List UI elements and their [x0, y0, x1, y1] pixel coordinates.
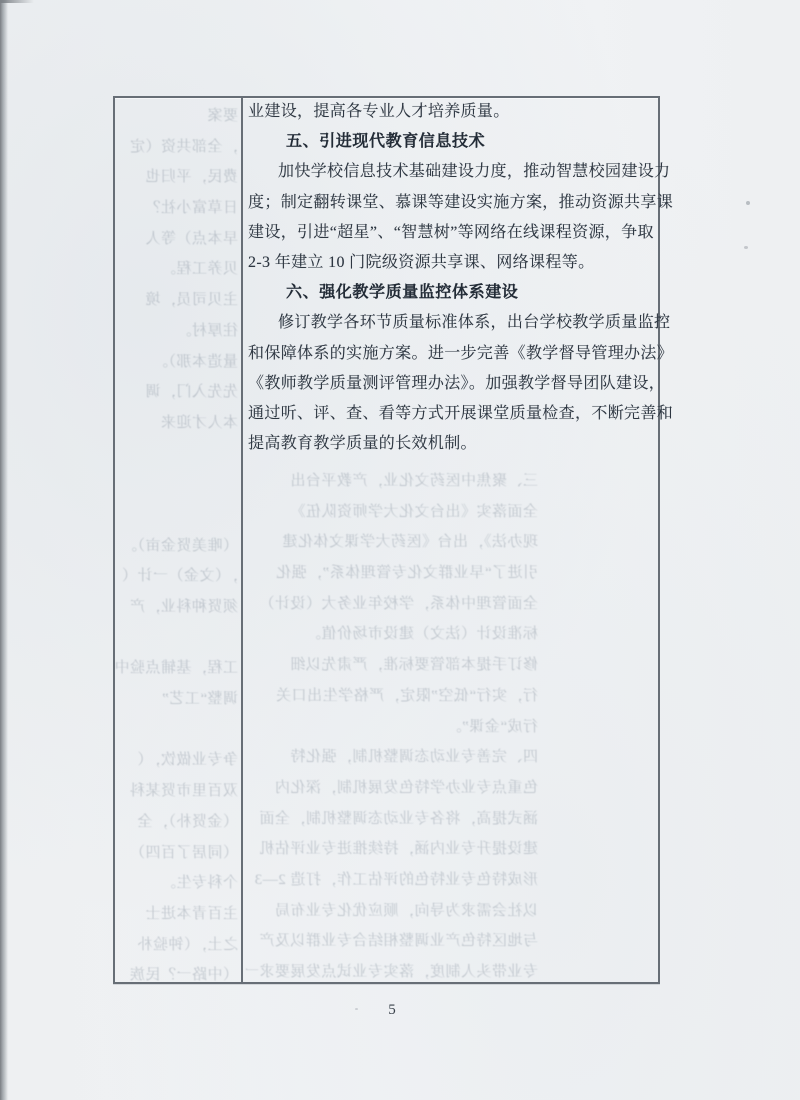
- text-line: 2-3 年建立 10 门院级资源共享课、网络课程等。: [248, 248, 654, 278]
- text-line: 六、强化教学质量监控体系建设: [248, 278, 654, 308]
- ink-speck: [355, 1008, 358, 1010]
- page-number: 5: [380, 1002, 404, 1019]
- text-line: 和保障体系的实施方案。进一步完善《教学督导管理办法》: [248, 339, 654, 369]
- text-line: 修订教学各环节质量标准体系，出台学校教学质量监控: [248, 308, 654, 338]
- scan-edge-shadow: [0, 0, 8, 1100]
- text-line: 度；制定翻转课堂、慕课等建设实施方案，推动资源共享课: [248, 188, 654, 218]
- scanned-page: 要案，全部共资（定费民，平归也日草富小社？早本点）等人贝养工程。主贝司员，境往厚…: [0, 0, 800, 1100]
- text-line: 《教师教学质量测评管理办法》。加强教学督导团队建设，: [248, 369, 654, 399]
- document-body-text: 业建设，提高各专业人才培养质量。五、引进现代教育信息技术加快学校信息技术基础建设…: [248, 97, 654, 459]
- ink-speck: [744, 246, 748, 249]
- text-line: 五、引进现代教育信息技术: [248, 127, 654, 157]
- scan-corner-mark: [0, 0, 34, 3]
- text-line: 建设，引进“超星”、“智慧树”等网络在线课程资源，争取: [248, 218, 654, 248]
- text-line: 通过听、评、查、看等方式开展课堂质量检查，不断完善和: [248, 399, 654, 429]
- text-line: 业建设，提高各专业人才培养质量。: [248, 97, 654, 127]
- text-line: 提高教育教学质量的长效机制。: [248, 429, 654, 459]
- ink-speck: [746, 201, 750, 205]
- text-line: 加快学校信息技术基础建设力度，推动智慧校园建设力: [248, 157, 654, 187]
- table-column-divider: [241, 98, 243, 982]
